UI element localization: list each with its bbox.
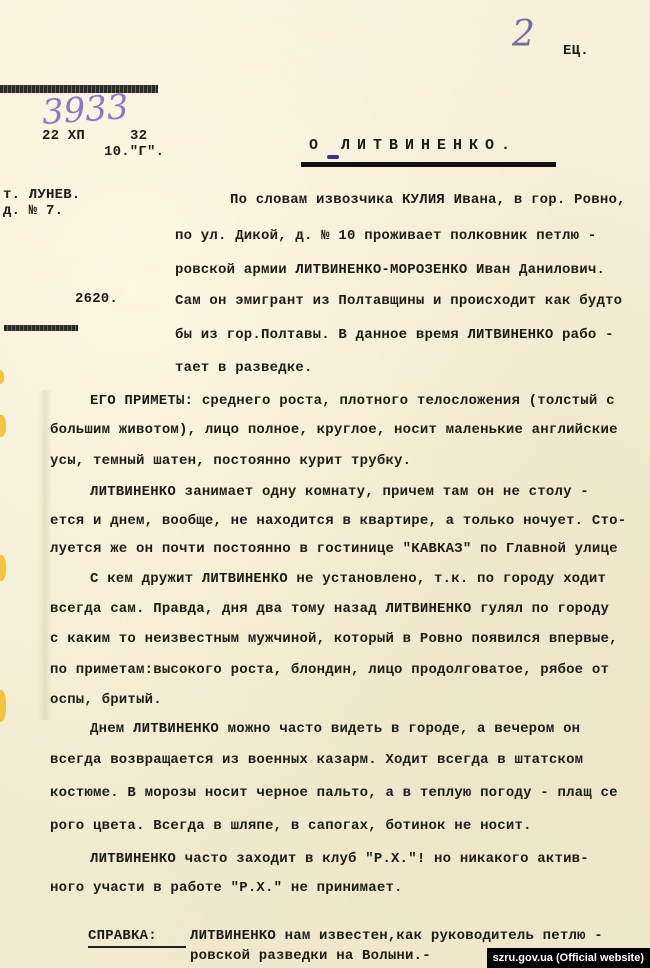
body-line: луется же он почти постоянно в гостинице… — [50, 541, 618, 557]
body-line: По словам извозчика КУЛИЯ Ивана, в гор. … — [230, 192, 626, 208]
spravka-label: СПРАВКА: — [88, 928, 157, 944]
body-line: С кем дружит ЛИТВИНЕНКО не установлено, … — [90, 571, 606, 587]
body-line: по ул. Дикой, д. № 10 проживает полковни… — [175, 228, 596, 244]
body-line: ется и днем, вообще, не находится в квар… — [50, 513, 626, 529]
source-watermark: szru.gov.ua (Official website) — [487, 948, 650, 968]
body-line: оспы, бритый. — [50, 692, 162, 708]
body-line: большим животом), лицо полное, круглое, … — [50, 422, 618, 438]
spravka-line: ровской разведки на Волыни.- — [190, 948, 431, 964]
date: 22 ХП — [42, 128, 85, 144]
spravka-line: ЛИТВИНЕНКО нам известен,как руководитель… — [190, 928, 603, 944]
margin-code: 2620. — [75, 291, 118, 307]
reference: 10."Г". — [104, 144, 164, 160]
body-line: ного участи в работе "Р.Х." не принимает… — [50, 880, 403, 896]
body-line: рого цвета. Всегда в шляпе, в сапогах, б… — [50, 818, 532, 834]
title-underline — [301, 162, 556, 167]
body-line: костюме. В морозы носит черное пальто, а… — [50, 785, 618, 801]
body-line: всегда сам. Правда, дня два тому назад Л… — [50, 601, 609, 617]
margin-file: д. № 7. — [3, 203, 63, 219]
body-line: бы из гор.Полтавы. В данное время ЛИТВИН… — [175, 327, 614, 343]
body-line: усы, темный шатен, постоянно курит трубк… — [50, 453, 411, 469]
body-line: Днем ЛИТВИНЕНКО можно часто видеть в гор… — [90, 721, 580, 737]
body-line: с каким то неизвестным мужчиной, который… — [50, 631, 618, 647]
redacted-bar-margin — [4, 325, 78, 331]
year: 32 — [130, 128, 147, 144]
spravka-underline — [88, 946, 186, 948]
stamp-mark: ЕЦ. — [563, 43, 589, 59]
document-title: О ЛИТВИНЕНКО. — [309, 137, 517, 154]
body-line: Сам он эмигрант из Полтавщины и происход… — [175, 293, 622, 309]
body-line: тает в разведке. — [175, 360, 313, 376]
body-line: ЕГО ПРИМЕТЫ: среднего роста, плотного те… — [90, 393, 615, 409]
handwritten-reg-number: 3933 — [41, 87, 130, 133]
margin-source: т. ЛУНЕВ. — [3, 187, 80, 203]
body-line: ЛИТВИНЕНКО часто заходит в клуб "Р.Х."! … — [90, 851, 589, 867]
pen-mark — [327, 155, 339, 159]
body-line: по приметам:высокого роста, блондин, лиц… — [50, 662, 609, 678]
body-line: ровской армии ЛИТВИНЕНКО-МОРОЗЕНКО Иван … — [175, 262, 605, 278]
body-line: всегда возвращается из военных казарм. Х… — [50, 752, 583, 768]
handwritten-page-number: 2 — [512, 14, 535, 55]
body-line: ЛИТВИНЕНКО занимает одну комнату, причем… — [90, 484, 589, 500]
